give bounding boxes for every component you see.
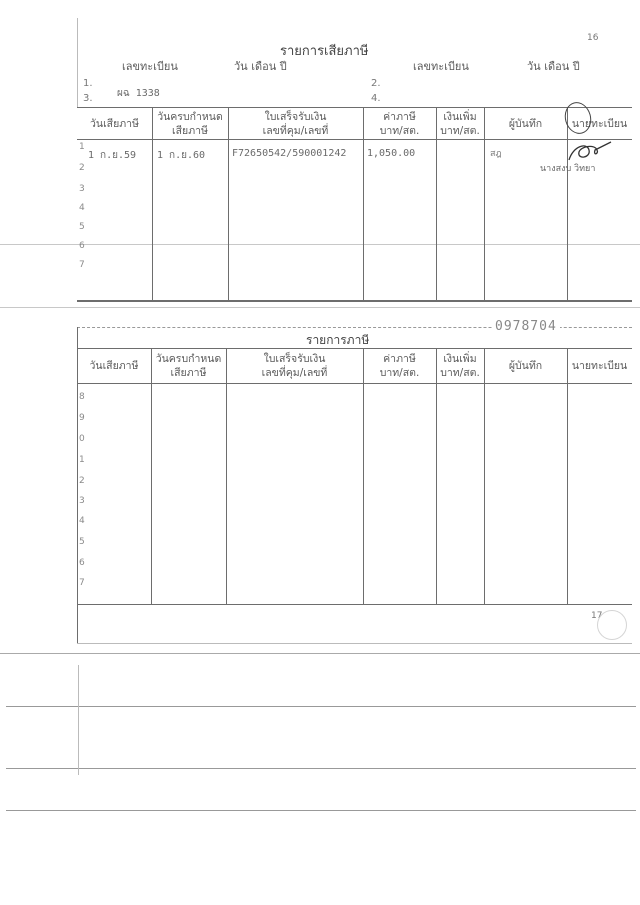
frame-bottom (77, 643, 632, 644)
header-text: วันเสียภาษี (90, 118, 139, 130)
cell-recorder: สฎ (490, 146, 502, 160)
header-text: ผู้บันทึก (509, 118, 542, 130)
col-divider (151, 348, 152, 605)
registration-label-right: เลขทะเบียน (413, 57, 469, 75)
row-number: 1 (79, 142, 85, 152)
header-text: บาท/สต. (436, 366, 484, 380)
col-header-due-date: วันครบกำหนดเสียภาษี (152, 110, 228, 138)
date-label-left: วัน เดือน ปี (234, 57, 287, 75)
col-header-registrar: นายทะเบียน (567, 359, 632, 373)
header-text: บาท/สต. (363, 124, 436, 138)
row-number: 4 (79, 516, 85, 526)
reg-index-4: 4. (371, 93, 381, 104)
col-header-surcharge: เงินเพิ่มบาท/สต. (436, 352, 484, 380)
scan-artifact-line (0, 653, 640, 654)
header-text: เลขที่คุม/เลขที่ (228, 124, 363, 138)
table-bottom-border (77, 604, 632, 605)
header-bottom-border (77, 383, 632, 384)
row-number: 3 (79, 184, 85, 194)
col-header-tax-paid-date: วันเสียภาษี (77, 117, 152, 131)
col-divider (567, 107, 568, 301)
reg-index-1: 1. (83, 78, 93, 89)
row-number: 6 (79, 558, 85, 568)
scan-artifact-line (6, 768, 636, 769)
col-divider (226, 348, 227, 605)
header-text: ค่าภาษี (363, 110, 436, 124)
col-divider (436, 348, 437, 605)
header-text: ค่าภาษี (363, 352, 436, 366)
scan-artifact-line (78, 665, 79, 775)
header-text: วันครบกำหนด (152, 110, 228, 124)
reg-index-2: 2. (371, 78, 381, 89)
header-text: เงินเพิ่ม (436, 352, 484, 366)
seal-stamp-icon (597, 610, 627, 640)
row-number: 9 (79, 413, 85, 423)
row-number: 7 (79, 578, 85, 588)
row-number: 1 (79, 455, 85, 465)
header-text: เงินเพิ่ม (436, 110, 484, 124)
col-divider (363, 348, 364, 605)
cell-tax-due-date: 1 ก.ย.60 (157, 148, 205, 163)
header-bottom-border (77, 139, 632, 140)
row-number: 2 (79, 163, 85, 173)
scan-artifact-line (6, 706, 636, 707)
header-text: ใบเสร็จรับเงิน (228, 110, 363, 124)
cell-receipt-no: F72650542/590001242 (232, 148, 346, 159)
serial-number: 0978704 (492, 319, 560, 334)
cell-tax-amount: 1,050.00 (367, 148, 415, 159)
page-number: 16 (587, 33, 598, 43)
header-text: ใบเสร็จรับเงิน (226, 352, 363, 366)
col-header-tax-amount: ค่าภาษีบาท/สต. (363, 352, 436, 380)
table-top-border (77, 107, 632, 108)
table-top-border (77, 348, 632, 349)
header-text: เลขที่คุม/เลขที่ (226, 366, 363, 380)
reg-index-3: 3. (83, 93, 93, 104)
col-header-tax-amount: ค่าภาษีบาท/สต. (363, 110, 436, 138)
row-number: 3 (79, 496, 85, 506)
scan-artifact-line (6, 810, 636, 811)
header-text: วันครบกำหนด (151, 352, 226, 366)
row-number: 7 (79, 260, 85, 270)
col-header-recorder: ผู้บันทึก (484, 117, 567, 131)
header-text: วันเสียภาษี (90, 360, 139, 372)
header-text: เสียภาษี (152, 124, 228, 138)
header-text: นายทะเบียน (572, 360, 627, 372)
signature-icon (565, 138, 615, 166)
registration-label-left: เลขทะเบียน (122, 57, 178, 75)
col-header-surcharge: เงินเพิ่มบาท/สต. (436, 110, 484, 138)
col-header-recorder: ผู้บันทึก (484, 359, 567, 373)
header-text: เสียภาษี (151, 366, 226, 380)
row-number: 8 (79, 392, 85, 402)
row-number: 5 (79, 222, 85, 232)
row-number: 5 (79, 537, 85, 547)
section-title: รายการเสียภาษี (280, 40, 369, 61)
row-number: 0 (79, 434, 85, 444)
col-header-tax-paid-date: วันเสียภาษี (77, 359, 151, 373)
col-header-receipt: ใบเสร็จรับเงินเลขที่คุม/เลขที่ (226, 352, 363, 380)
date-label-right: วัน เดือน ปี (527, 57, 580, 75)
header-text: บาท/สต. (436, 124, 484, 138)
col-header-due-date: วันครบกำหนดเสียภาษี (151, 352, 226, 380)
frame-left (77, 327, 78, 643)
scan-artifact-line (0, 307, 640, 308)
col-divider (484, 348, 485, 605)
col-divider (567, 348, 568, 605)
scan-artifact-line (0, 244, 640, 245)
row-number: 6 (79, 241, 85, 251)
registration-value: ผฉ 1338 (117, 86, 160, 101)
col-header-receipt: ใบเสร็จรับเงินเลขที่คุม/เลขที่ (228, 110, 363, 138)
header-text: บาท/สต. (363, 366, 436, 380)
cell-tax-paid-date: 1 ก.ย.59 (88, 148, 136, 163)
table-bottom-border (77, 300, 632, 302)
row-number: 4 (79, 203, 85, 213)
page-margin-line (77, 18, 78, 108)
col-divider (484, 107, 485, 301)
header-text: ผู้บันทึก (509, 360, 542, 372)
row-number: 2 (79, 476, 85, 486)
